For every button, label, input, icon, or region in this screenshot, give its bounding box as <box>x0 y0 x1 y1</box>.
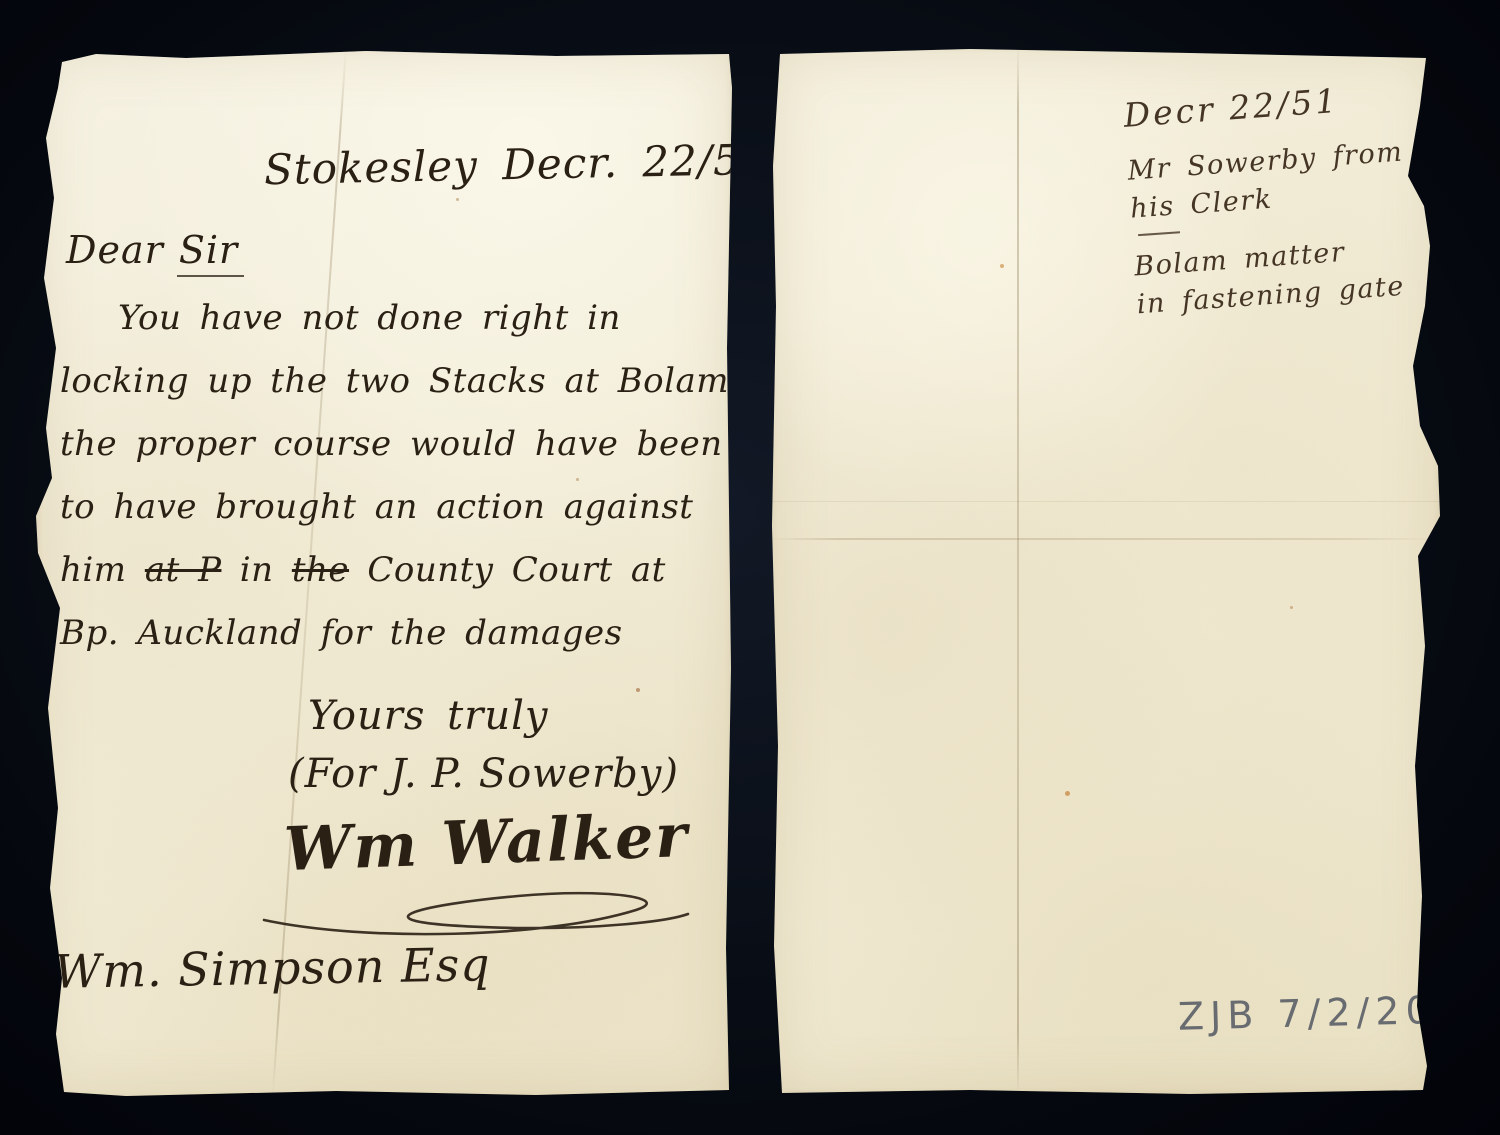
body-text: him <box>60 550 145 590</box>
struck-text: at P <box>145 550 222 590</box>
body-text: locking up the two Stacks at Bolam <box>60 361 729 401</box>
body-text: Bp. Auckland for the damages <box>60 613 623 653</box>
body-text: You have not done right in <box>118 298 621 338</box>
paper-speck <box>1000 264 1004 268</box>
salutation-word: Dear <box>66 228 164 272</box>
letter-body-line: locking up the two Stacks at Bolam <box>60 361 718 424</box>
body-text: the proper course would have been <box>60 424 723 464</box>
salutation-word-underlined: Sir <box>177 228 244 277</box>
letter-page: Stokesley Decr. 22/51 Dear Sir You have … <box>36 48 732 1098</box>
per-pro-line: (For J. P. Sowerby) <box>288 751 679 797</box>
letter-body-line: to have brought an action against <box>60 487 718 550</box>
signature: Wm Walker <box>283 801 690 885</box>
salutation: Dear Sir <box>66 228 244 272</box>
paper-speck <box>1065 791 1070 796</box>
letter-body: You have not done right inlocking up the… <box>60 298 718 676</box>
struck-text: the <box>292 550 349 590</box>
letter-body-line: him at P in the County Court at <box>60 550 718 613</box>
body-text: County Court at <box>349 550 666 590</box>
horizontal-fold-crease-faint <box>770 501 1440 502</box>
docket-date: Decr 22/51 <box>1122 77 1400 135</box>
closing-phrase: Yours truly <box>308 693 548 739</box>
addressee: Wm. Simpson Esq <box>54 937 492 999</box>
body-text: in <box>221 550 291 590</box>
letter-body-line: the proper course would have been <box>60 424 718 487</box>
letter-heading-date: Stokesley Decr. 22/51 <box>264 135 769 195</box>
body-text: to have brought an action against <box>60 487 693 527</box>
letter-body-line: Bp. Auckland for the damages <box>60 613 718 676</box>
scanned-letter-scene: Stokesley Decr. 22/51 Dear Sir You have … <box>0 0 1500 1135</box>
archive-reference-pencil: ZJB 7/2/205 <box>1177 987 1466 1039</box>
docket-annotation: Decr 22/51 Mr Sowerby from his Clerk Bol… <box>1122 77 1414 325</box>
paper-speck <box>456 198 459 201</box>
docket-dash-stroke <box>1138 231 1180 236</box>
vertical-fold-crease <box>1017 46 1019 1095</box>
letter-body-line: You have not done right in <box>60 298 718 361</box>
paper-speck <box>636 688 640 692</box>
horizontal-fold-crease <box>770 538 1440 540</box>
paper-speck <box>1290 606 1293 609</box>
docket-page: Decr 22/51 Mr Sowerby from his Clerk Bol… <box>770 46 1440 1095</box>
